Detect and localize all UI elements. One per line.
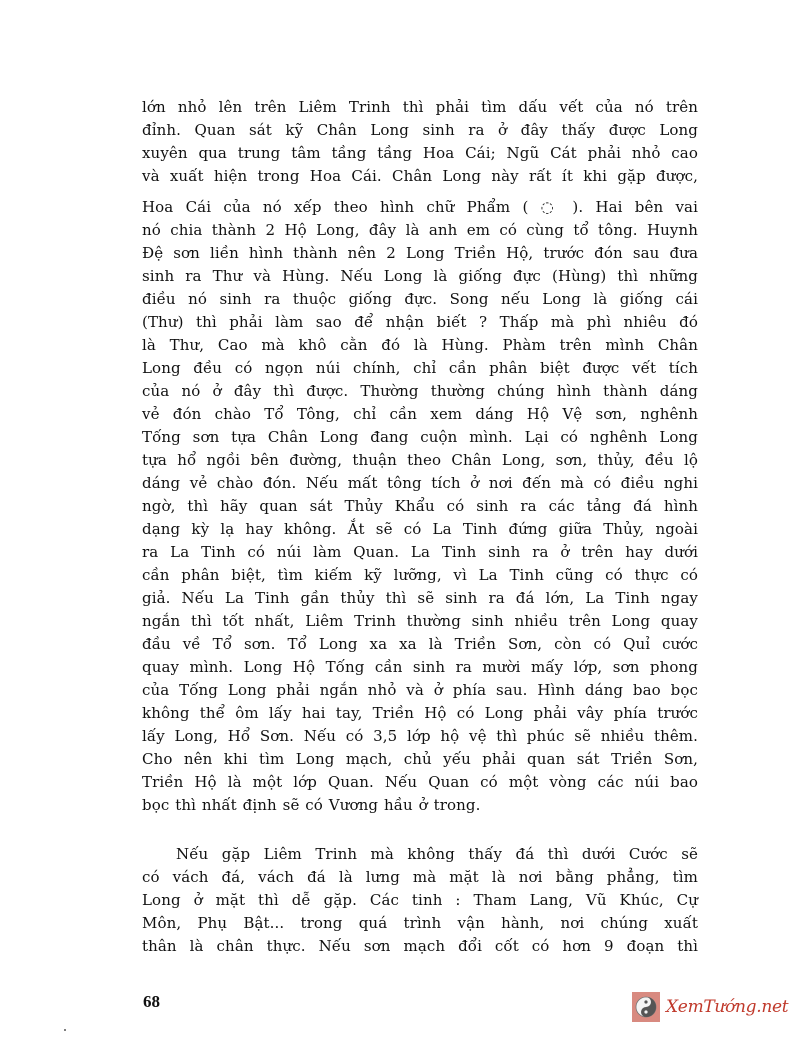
text-line: Long đều có ngọn núi chính, chỉ cần phân…: [142, 357, 698, 380]
watermark-text: XemTướng.net: [666, 997, 788, 1017]
paragraph-main: Hoa Cái của nó xếp theo hình chữ Phẩm ( …: [142, 196, 698, 817]
text-line: Triền Hộ là một lớp Quan. Nếu Quan có mộ…: [142, 771, 698, 794]
text-line: có vách đá, vách đá là lưng mà mặt là nơ…: [142, 866, 698, 889]
text-line: Hoa Cái của nó xếp theo hình chữ Phẩm ( …: [142, 196, 698, 219]
text-line: ngắn thì tốt nhất, Liêm Trinh thường sin…: [142, 610, 698, 633]
text-line: dáng vẻ chào đón. Nếu mất tông tích ở nơ…: [142, 472, 698, 495]
text-line: điều nó sinh ra thuộc giống đực. Song nế…: [142, 288, 698, 311]
text-line: của Tống Long phải ngắn nhỏ và ở phía sa…: [142, 679, 698, 702]
text-line: đỉnh. Quan sát kỹ Chân Long sinh ra ở đâ…: [142, 119, 698, 142]
text-line: tựa hổ ngồi bên đường, thuận theo Chân L…: [142, 449, 698, 472]
text-line: không thể ôm lấy hai tay, Triền Hộ có Lo…: [142, 702, 698, 725]
text-line: Môn, Phụ Bật... trong quá trình vận hành…: [142, 912, 698, 935]
text-line: lớn nhỏ lên trên Liêm Trinh thì phải tìm…: [142, 96, 698, 119]
watermark: XemTướng.net: [632, 990, 788, 1024]
text-line: của nó ở đây thì được. Thường thường chú…: [142, 380, 698, 403]
text-line: (Thư) thì phải làm sao để nhận biết ? Th…: [142, 311, 698, 334]
text-line: là Thư, Cao mà khô cằn đó là Hùng. Phàm …: [142, 334, 698, 357]
text-line: Đệ sơn liền hình thành nên 2 Long Triền …: [142, 242, 698, 265]
paragraph-next: Nếu gặp Liêm Trinh mà không thấy đá thì …: [142, 843, 698, 958]
text-line: và xuất hiện trong Hoa Cái. Chân Long nà…: [142, 165, 698, 188]
page-number: 68: [143, 992, 160, 1012]
paragraph-continued: lớn nhỏ lên trên Liêm Trinh thì phải tìm…: [142, 96, 698, 188]
text-line: nó chia thành 2 Hộ Long, đây là anh em c…: [142, 219, 698, 242]
text-line: Long ở mặt thì dễ gặp. Các tinh : Tham L…: [142, 889, 698, 912]
text-line: lấy Long, Hổ Sơn. Nếu có 3,5 lớp hộ vệ t…: [142, 725, 698, 748]
text-line: quay mình. Long Hộ Tống cần sinh ra mười…: [142, 656, 698, 679]
text-line: Nếu gặp Liêm Trinh mà không thấy đá thì …: [142, 843, 698, 866]
text-line: vẻ đón chào Tổ Tông, chỉ cần xem dáng Hộ…: [142, 403, 698, 426]
text-line: Cho nên khi tìm Long mạch, chủ yếu phải …: [142, 748, 698, 771]
text-line: giả. Nếu La Tinh gần thủy thì sẽ sinh ra…: [142, 587, 698, 610]
text-line: Tống sơn tựa Chân Long đang cuộn mình. L…: [142, 426, 698, 449]
text-line: đầu về Tổ sơn. Tổ Long xa xa là Triền Sơ…: [142, 633, 698, 656]
text-line: dạng kỳ lạ hay không. Ắt sẽ có La Tinh đ…: [142, 518, 698, 541]
scan-speck: [64, 1029, 66, 1031]
scanned-book-page: lớn nhỏ lên trên Liêm Trinh thì phải tìm…: [0, 0, 800, 1042]
text-line: sinh ra Thư và Hùng. Nếu Long là giống đ…: [142, 265, 698, 288]
text-line: thân là chân thực. Nếu sơn mạch đổi cốt …: [142, 935, 698, 958]
text-line: xuyên qua trung tâm tầng tầng Hoa Cái; N…: [142, 142, 698, 165]
text-line: ra La Tinh có núi làm Quan. La Tinh sinh…: [142, 541, 698, 564]
yin-yang-icon: [632, 992, 660, 1022]
text-line: ngờ, thì hãy quan sát Thủy Khẩu có sinh …: [142, 495, 698, 518]
text-line: cần phân biệt, tìm kiếm kỹ lưỡng, vì La …: [142, 564, 698, 587]
text-line: bọc thì nhất định sẽ có Vương hầu ở tron…: [142, 794, 698, 817]
